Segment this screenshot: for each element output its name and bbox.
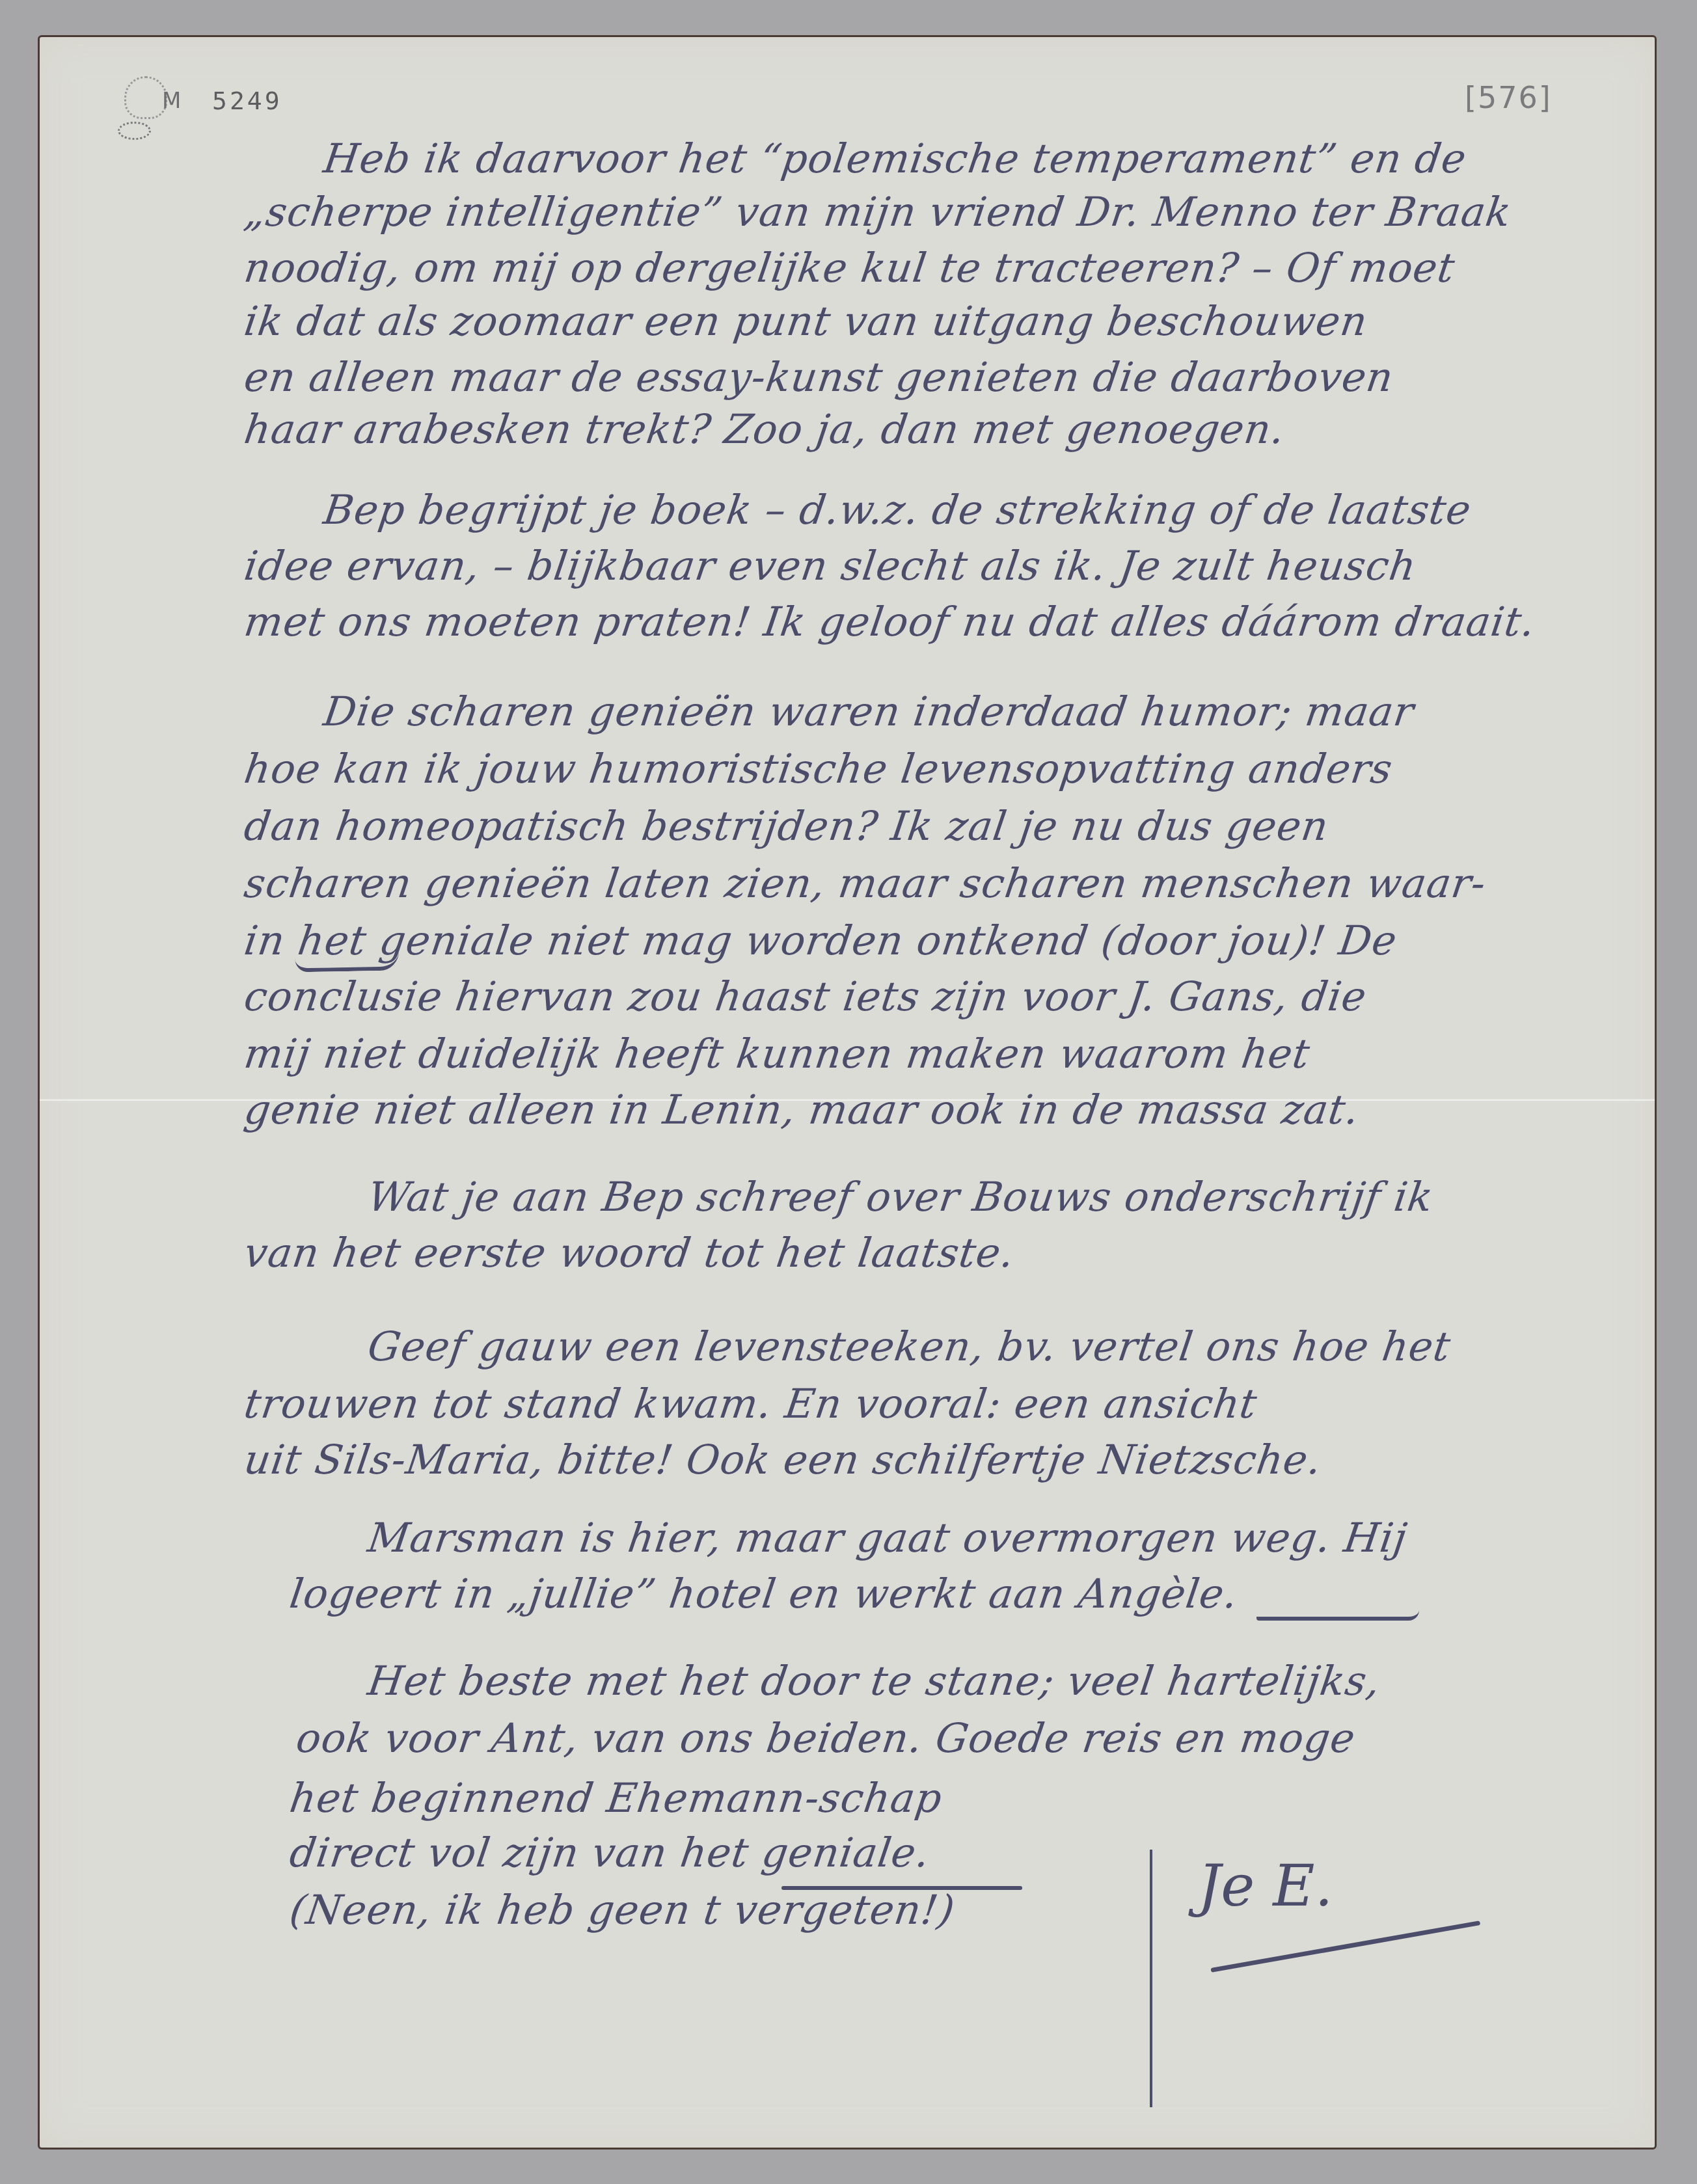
text-line: Marsman is hier, maar gaat overmorgen we… [365,1514,1410,1561]
text-line: haar arabesken trekt? Zoo ja, dan met ge… [241,405,1288,453]
text-line: genie niet alleen in Lenin, maar ook in … [241,1086,1363,1133]
text-line: dan homeopatisch bestrijden? Ik zal je n… [241,802,1332,850]
text-line: Het beste met het door te stane; veel ha… [365,1657,1383,1705]
text-line: ik dat als zoomaar een punt van uitgang … [241,297,1371,345]
signature: Je E. [1198,1852,1333,1919]
text-line: ook voor Ant, van ons beiden. Goede reis… [293,1714,1359,1762]
text-line: hoe kan ik jouw humoristische levensopva… [241,745,1396,792]
text-line: uit Sils-Maria, bitte! Ook een schilfert… [241,1436,1325,1483]
signature-divider-line [1150,1850,1152,2107]
letter-page: M 5249 [576] Heb ik daarvoor het “polemi… [38,35,1657,2150]
text-line: met ons moeten praten! Ik geloof nu dat … [241,598,1538,645]
text-line: van het eerste woord tot het laatste. [241,1229,1018,1276]
underline-het-geniale-2 [781,1886,1022,1890]
archive-stamp-oval-icon [118,122,151,140]
text-line: noodig, om mij op dergelijke kul te trac… [241,244,1458,291]
archive-stamp: M [124,76,196,135]
signature-underline [1210,1921,1480,1973]
text-line: idee ervan, – blijkbaar even slecht als … [241,542,1419,589]
underline-angele [1256,1610,1419,1621]
text-line: scharen genieën laten zien, maar scharen… [241,859,1489,907]
text-line: conclusie hiervan zou haast iets zijn vo… [241,973,1370,1020]
text-line: Bep begrijpt je boek – d.w.z. de strekki… [321,486,1474,533]
underline-het-geniale [294,921,399,973]
text-line: in het geniale niet mag worden ontkend (… [241,917,1400,964]
archive-stamp-letter: M [162,88,181,114]
text-line: en alleen maar de essay-kunst genieten d… [241,353,1396,401]
text-line: Wat je aan Bep schreef over Bouws onders… [365,1173,1436,1220]
text-line: het beginnend Ehemann-schap [287,1774,945,1822]
text-line: Geef gauw een levensteeken, bv. vertel o… [365,1323,1454,1370]
text-line: Die scharen genieën waren inderdaad humo… [321,688,1417,735]
archive-emblem-icon [124,76,167,119]
text-line: (Neen, ik heb geen t vergeten!) [287,1886,958,1934]
text-line: direct vol zijn van het geniale. [287,1829,933,1876]
text-line: Heb ik daarvoor het “polemische temperam… [321,135,1470,182]
inventory-number: 5249 [212,87,282,115]
text-line: trouwen tot stand kwam. En vooral: een a… [241,1380,1260,1427]
text-line: „scherpe intelligentie” van mijn vriend … [241,188,1515,236]
text-line: logeert in „jullie” hotel en werkt aan A… [287,1570,1241,1617]
page-reference: [576] [1465,80,1552,115]
text-line: mij niet duidelijk heeft kunnen maken wa… [241,1030,1313,1077]
